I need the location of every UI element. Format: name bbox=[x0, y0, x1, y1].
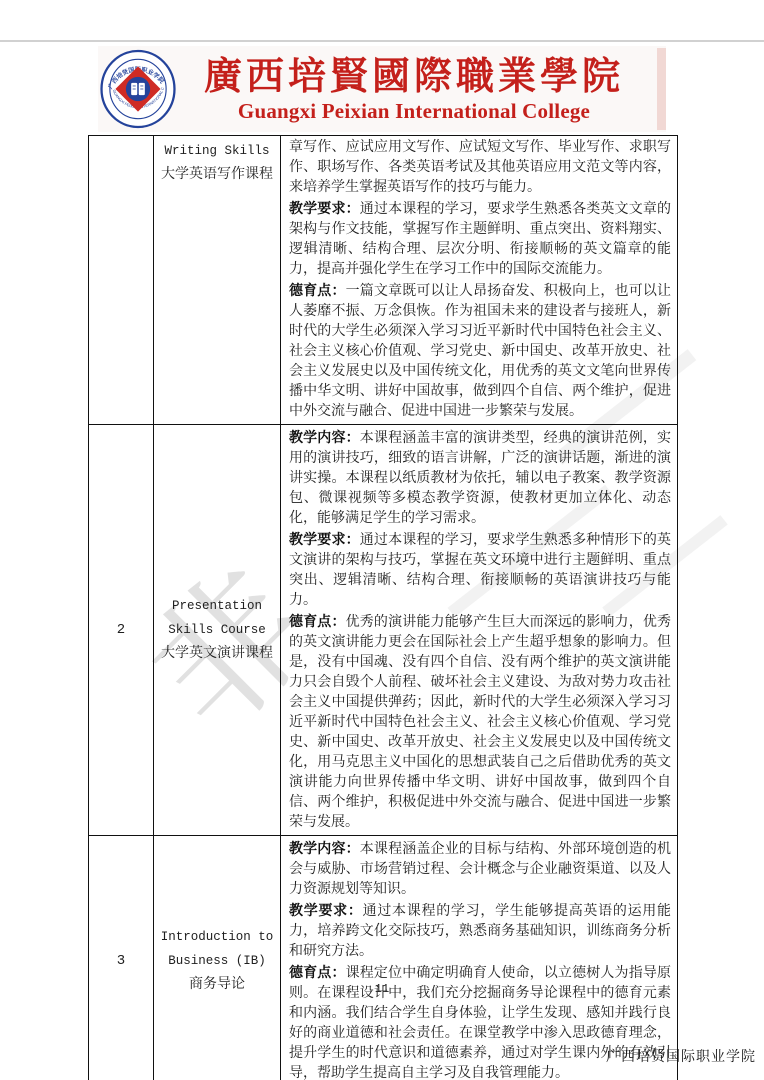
description-paragraph: 教学要求：通过本课程的学习，学生能够提高英语的运用能力，培养跨文化交际技巧，熟悉… bbox=[289, 900, 671, 962]
college-name-zh: 廣西培賢國際職業學院 bbox=[176, 55, 652, 99]
course-description: 教学内容：本课程涵盖丰富的演讲类型，经典的演讲范例，实用的演讲技巧，细致的语言讲… bbox=[281, 425, 678, 836]
paragraph-label: 教学要求： bbox=[289, 531, 360, 547]
header-edge-decoration bbox=[657, 48, 666, 130]
college-logo-icon: 广西培贤国际职业学院 GUANGXI PEIXIAN INTERNATIONAL… bbox=[100, 49, 176, 129]
course-description: 教学内容：本课程涵盖企业的目标与结构、外部环境创造的机会与威胁、市场营销过程、会… bbox=[281, 836, 678, 1080]
course-number: 2 bbox=[89, 425, 154, 836]
table-row: 3 Introduction to Business (IB) 商务导论 教学内… bbox=[89, 836, 678, 1080]
course-name-zh: 大学英语写作课程 bbox=[161, 167, 273, 182]
course-name: Presentation Skills Course 大学英文演讲课程 bbox=[154, 425, 281, 836]
description-paragraph: 德育点：一篇文章既可以让人昂扬奋发、积极向上，也可以让人萎靡不振、万念俱恢。作为… bbox=[289, 280, 671, 422]
college-header: 广西培贤国际职业学院 GUANGXI PEIXIAN INTERNATIONAL… bbox=[98, 46, 666, 132]
course-table-body: Writing Skills 大学英语写作课程 章写作、应试应用文写作、应试短文… bbox=[89, 136, 678, 1080]
description-paragraph: 教学要求：通过本课程的学习，要求学生熟悉多种情形下的英文演讲的架构与技巧，掌握在… bbox=[289, 529, 671, 611]
course-description: 章写作、应试应用文写作、应试短文写作、毕业写作、求职写作、职场写作、各类英语考试… bbox=[281, 136, 678, 425]
course-name: Writing Skills 大学英语写作课程 bbox=[154, 136, 281, 425]
table-row: Writing Skills 大学英语写作课程 章写作、应试应用文写作、应试短文… bbox=[89, 136, 678, 425]
paragraph-label: 教学内容： bbox=[289, 840, 360, 856]
course-number: 3 bbox=[89, 836, 154, 1080]
table-row: 2 Presentation Skills Course 大学英文演讲课程 教学… bbox=[89, 425, 678, 836]
description-paragraph: 教学要求：通过本课程的学习，要求学生熟悉各类英文文章的架构与作文技能，掌握写作主… bbox=[289, 198, 671, 280]
course-name-en: Writing Skills bbox=[164, 144, 269, 158]
paragraph-label: 教学要求： bbox=[289, 902, 363, 918]
paragraph-label: 教学内容： bbox=[289, 429, 360, 445]
college-name-en: Guangxi Peixian International College bbox=[176, 99, 652, 123]
page-number: 11 bbox=[0, 982, 764, 996]
document-page: 广西培贤国际职业学院 GUANGXI PEIXIAN INTERNATIONAL… bbox=[0, 0, 764, 1080]
scan-artifact-line bbox=[0, 40, 764, 42]
description-paragraph: 教学内容：本课程涵盖企业的目标与结构、外部环境创造的机会与威胁、市场营销过程、会… bbox=[289, 838, 671, 900]
course-name-zh: 大学英文演讲课程 bbox=[161, 646, 273, 661]
paragraph-label: 德育点： bbox=[289, 282, 346, 298]
college-titles: 廣西培賢國際職業學院 Guangxi Peixian International… bbox=[176, 55, 666, 123]
course-name-en: Presentation Skills Course bbox=[168, 599, 266, 637]
course-name: Introduction to Business (IB) 商务导论 bbox=[154, 836, 281, 1080]
description-paragraph: 德育点：优秀的演讲能力能够产生巨大而深远的影响力，优秀的英文演讲能力更会在国际社… bbox=[289, 611, 671, 833]
course-table: Writing Skills 大学英语写作课程 章写作、应试应用文写作、应试短文… bbox=[88, 135, 678, 1080]
logo-inner-circle bbox=[126, 77, 150, 101]
course-number bbox=[89, 136, 154, 425]
paragraph-label: 教学要求： bbox=[289, 200, 360, 216]
paragraph-label: 德育点： bbox=[289, 613, 346, 629]
description-paragraph: 章写作、应试应用文写作、应试短文写作、毕业写作、求职写作、职场写作、各类英语考试… bbox=[289, 138, 671, 198]
paragraph-label: 德育点： bbox=[289, 964, 346, 980]
course-name-en: Introduction to Business (IB) bbox=[161, 930, 274, 968]
footer-school-name: 广西培贤国际职业学院 bbox=[606, 1046, 756, 1066]
description-paragraph: 教学内容：本课程涵盖丰富的演讲类型，经典的演讲范例，实用的演讲技巧，细致的语言讲… bbox=[289, 427, 671, 529]
